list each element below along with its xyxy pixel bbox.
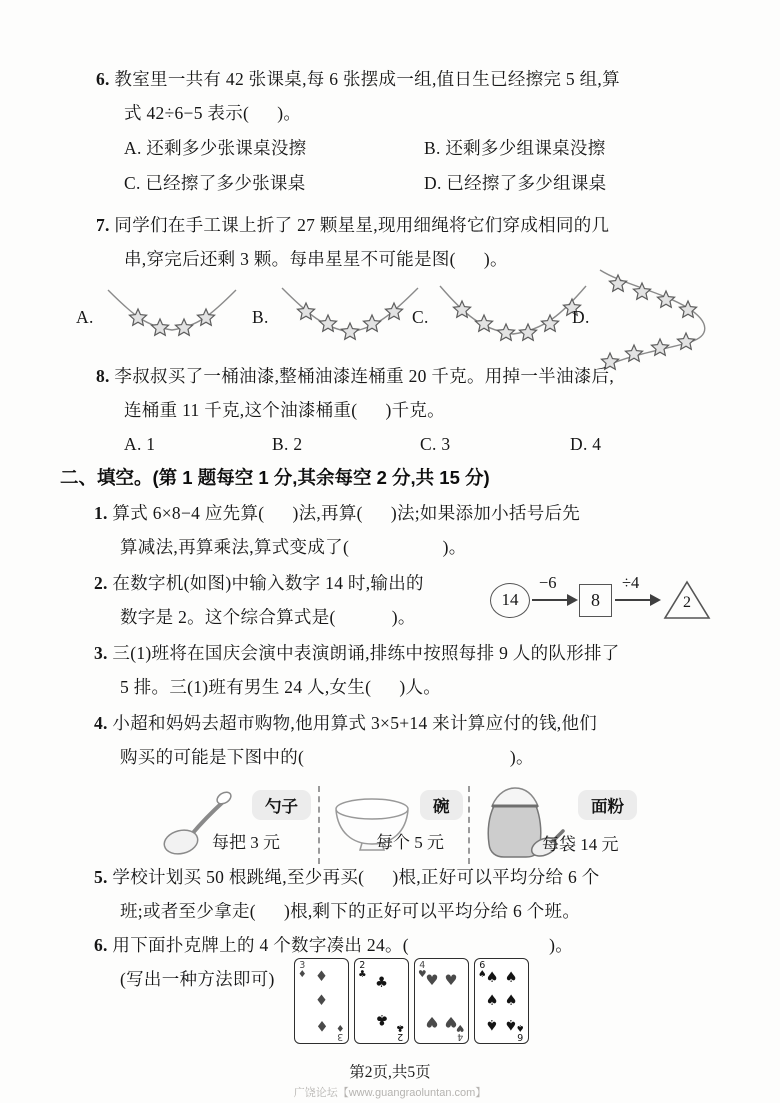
diamond-pip-icon: ♦ bbox=[315, 994, 328, 1008]
machine-output-triangle: 2 bbox=[663, 580, 711, 620]
bowl-label-badge: 碗 bbox=[420, 790, 463, 820]
spoon-image bbox=[158, 788, 236, 865]
card-corner: 3♦ bbox=[336, 1023, 345, 1040]
card-corner: 2♣ bbox=[396, 1023, 405, 1040]
q8-option-d: D. 4 bbox=[570, 433, 601, 455]
worksheet-page: 6. 教室里一共有 42 张课桌,每 6 张摆成一组,值日生已经擦完 5 组,算… bbox=[0, 0, 780, 1103]
spoon-price: 每把 3 元 bbox=[212, 828, 280, 853]
fill-q4-line1: 4. 小超和妈妈去超市购物,他用算式 3×5+14 来计算应付的钱,他们 bbox=[94, 712, 597, 734]
machine-middle-square: 8 bbox=[579, 584, 612, 617]
watermark: 广饶论坛【www.guangraoluntan.com】 bbox=[0, 1084, 780, 1100]
flour-label-badge: 面粉 bbox=[578, 790, 637, 820]
flour-price: 每袋 14 元 bbox=[542, 830, 619, 855]
q7-label-d: D. bbox=[572, 306, 590, 328]
q7-line1: 7. 同学们在手工课上折了 27 颗星星,现用细绳将它们穿成相同的几 bbox=[96, 214, 609, 236]
fill-q5-number: 5. bbox=[94, 867, 108, 887]
card-corner: 2♣ bbox=[358, 962, 367, 979]
bowl-price: 每个 5 元 bbox=[376, 828, 444, 853]
fill-q3-number: 3. bbox=[94, 643, 108, 663]
machine-op-2: ÷4 bbox=[622, 573, 639, 593]
fill-q6-number: 6. bbox=[94, 935, 108, 955]
q8-option-c: C. 3 bbox=[420, 433, 450, 455]
fill-q1-number: 1. bbox=[94, 503, 108, 523]
q7-line2: 串,穿完后还剩 3 颗。每串星星不可能是图( )。 bbox=[124, 248, 508, 270]
heart-pip-icon: ♥ bbox=[445, 974, 458, 988]
playing-card-4-heart: 4♥4♥♥♥♥♥ bbox=[414, 958, 469, 1044]
star-string-a bbox=[98, 282, 246, 357]
q6-option-a: A. 还剩多少张课桌没擦 bbox=[124, 137, 307, 159]
q8-line2: 连桶重 11 千克,这个油漆桶重( )千克。 bbox=[124, 399, 445, 421]
fill-q3-line1: 3. 三(1)班将在国庆会演中表演朗诵,排练中按照每排 9 人的队形排了 bbox=[94, 642, 620, 664]
q7-number: 7. bbox=[96, 215, 110, 235]
fill-q1-line2: 算减法,再算乘法,算式变成了( )。 bbox=[120, 536, 467, 558]
club-pip-icon: ♣ bbox=[375, 976, 388, 990]
q6-option-d: D. 已经擦了多少组课桌 bbox=[424, 172, 607, 194]
card-corner: 4♥ bbox=[456, 1023, 465, 1040]
spade-pip-icon: ♠ bbox=[505, 971, 518, 985]
card-corner: 6♠ bbox=[516, 1023, 525, 1040]
machine-arrow-1: −6 bbox=[532, 599, 576, 602]
club-pip-icon: ♣ bbox=[375, 1012, 388, 1026]
playing-card-2-club: 2♣2♣♣♣ bbox=[354, 958, 409, 1044]
star-string-c bbox=[434, 278, 592, 358]
fill-q4-number: 4. bbox=[94, 713, 108, 733]
playing-card-6-spade: 6♠6♠♠♠♠♠♠♠ bbox=[474, 958, 529, 1044]
section-fill-header: 二、填空。(第 1 题每空 1 分,其余每空 2 分,共 15 分) bbox=[60, 464, 490, 490]
fill-q3-line2: 5 排。三(1)班有男生 24 人,女生( )人。 bbox=[120, 676, 441, 698]
card-corner: 3♦ bbox=[298, 962, 307, 979]
star-string-d bbox=[592, 266, 722, 377]
diamond-pip-icon: ♦ bbox=[315, 1018, 328, 1032]
machine-op-1: −6 bbox=[539, 573, 557, 593]
number-machine: 14 −6 8 ÷4 2 bbox=[490, 580, 711, 620]
fill-q5-line2: 班;或者至少拿走( )根,剩下的正好可以平均分给 6 个班。 bbox=[120, 900, 580, 922]
q6-option-b: B. 还剩多少组课桌没擦 bbox=[424, 137, 606, 159]
heart-pip-icon: ♥ bbox=[445, 1014, 458, 1028]
spade-pip-icon: ♠ bbox=[505, 994, 518, 1008]
q8-option-b: B. 2 bbox=[272, 433, 302, 455]
q6-line2: 式 42÷6−5 表示( )。 bbox=[124, 102, 301, 124]
fill-q6-line2: (写出一种方法即可) bbox=[120, 968, 275, 990]
playing-card-3-diamond: 3♦3♦♦♦♦ bbox=[294, 958, 349, 1044]
page-number: 第2页,共5页 bbox=[0, 1060, 780, 1082]
q8-option-a: A. 1 bbox=[124, 433, 155, 455]
heart-pip-icon: ♥ bbox=[425, 974, 438, 988]
heart-pip-icon: ♥ bbox=[425, 1014, 438, 1028]
item-separator-2 bbox=[468, 786, 470, 864]
fill-q1-line1: 1. 算式 6×8−4 应先算( )法,再算( )法;如果添加小括号后先 bbox=[94, 502, 580, 524]
spade-pip-icon: ♠ bbox=[505, 1017, 518, 1031]
q7-label-a: A. bbox=[76, 306, 94, 328]
machine-output-value: 2 bbox=[683, 594, 691, 612]
q6-line1: 6. 教室里一共有 42 张课桌,每 6 张摆成一组,值日生已经擦完 5 组,算 bbox=[96, 68, 620, 90]
item-separator-1 bbox=[318, 786, 320, 864]
machine-input-circle: 14 bbox=[490, 583, 530, 618]
q7-label-c: C. bbox=[412, 306, 429, 328]
spade-pip-icon: ♠ bbox=[485, 971, 498, 985]
fill-q2-number: 2. bbox=[94, 573, 108, 593]
q8-line1: 8. 李叔叔买了一桶油漆,整桶油漆连桶重 20 千克。用掉一半油漆后, bbox=[96, 365, 614, 387]
diamond-pip-icon: ♦ bbox=[315, 970, 328, 984]
fill-q4-line2: 购买的可能是下图中的( )。 bbox=[120, 746, 534, 768]
cards-row: 3♦3♦♦♦♦2♣2♣♣♣4♥4♥♥♥♥♥6♠6♠♠♠♠♠♠♠ bbox=[294, 958, 529, 1044]
fill-q2-line1: 2. 在数字机(如图)中输入数字 14 时,输出的 bbox=[94, 572, 424, 594]
fill-q5-line1: 5. 学校计划买 50 根跳绳,至少再买( )根,正好可以平均分给 6 个 bbox=[94, 866, 600, 888]
star-string-b bbox=[274, 280, 426, 357]
machine-arrow-2: ÷4 bbox=[615, 599, 659, 602]
fill-q6-line1: 6. 用下面扑克牌上的 4 个数字凑出 24。( )。 bbox=[94, 934, 573, 956]
q6-number: 6. bbox=[96, 69, 110, 89]
q6-option-c: C. 已经擦了多少张课桌 bbox=[124, 172, 306, 194]
spoon-label-badge: 勺子 bbox=[252, 790, 311, 820]
fill-q2-line2: 数字是 2。这个综合算式是( )。 bbox=[120, 606, 416, 628]
q7-label-b: B. bbox=[252, 306, 269, 328]
q8-number: 8. bbox=[96, 366, 110, 386]
spade-pip-icon: ♠ bbox=[485, 994, 498, 1008]
spade-pip-icon: ♠ bbox=[485, 1017, 498, 1031]
